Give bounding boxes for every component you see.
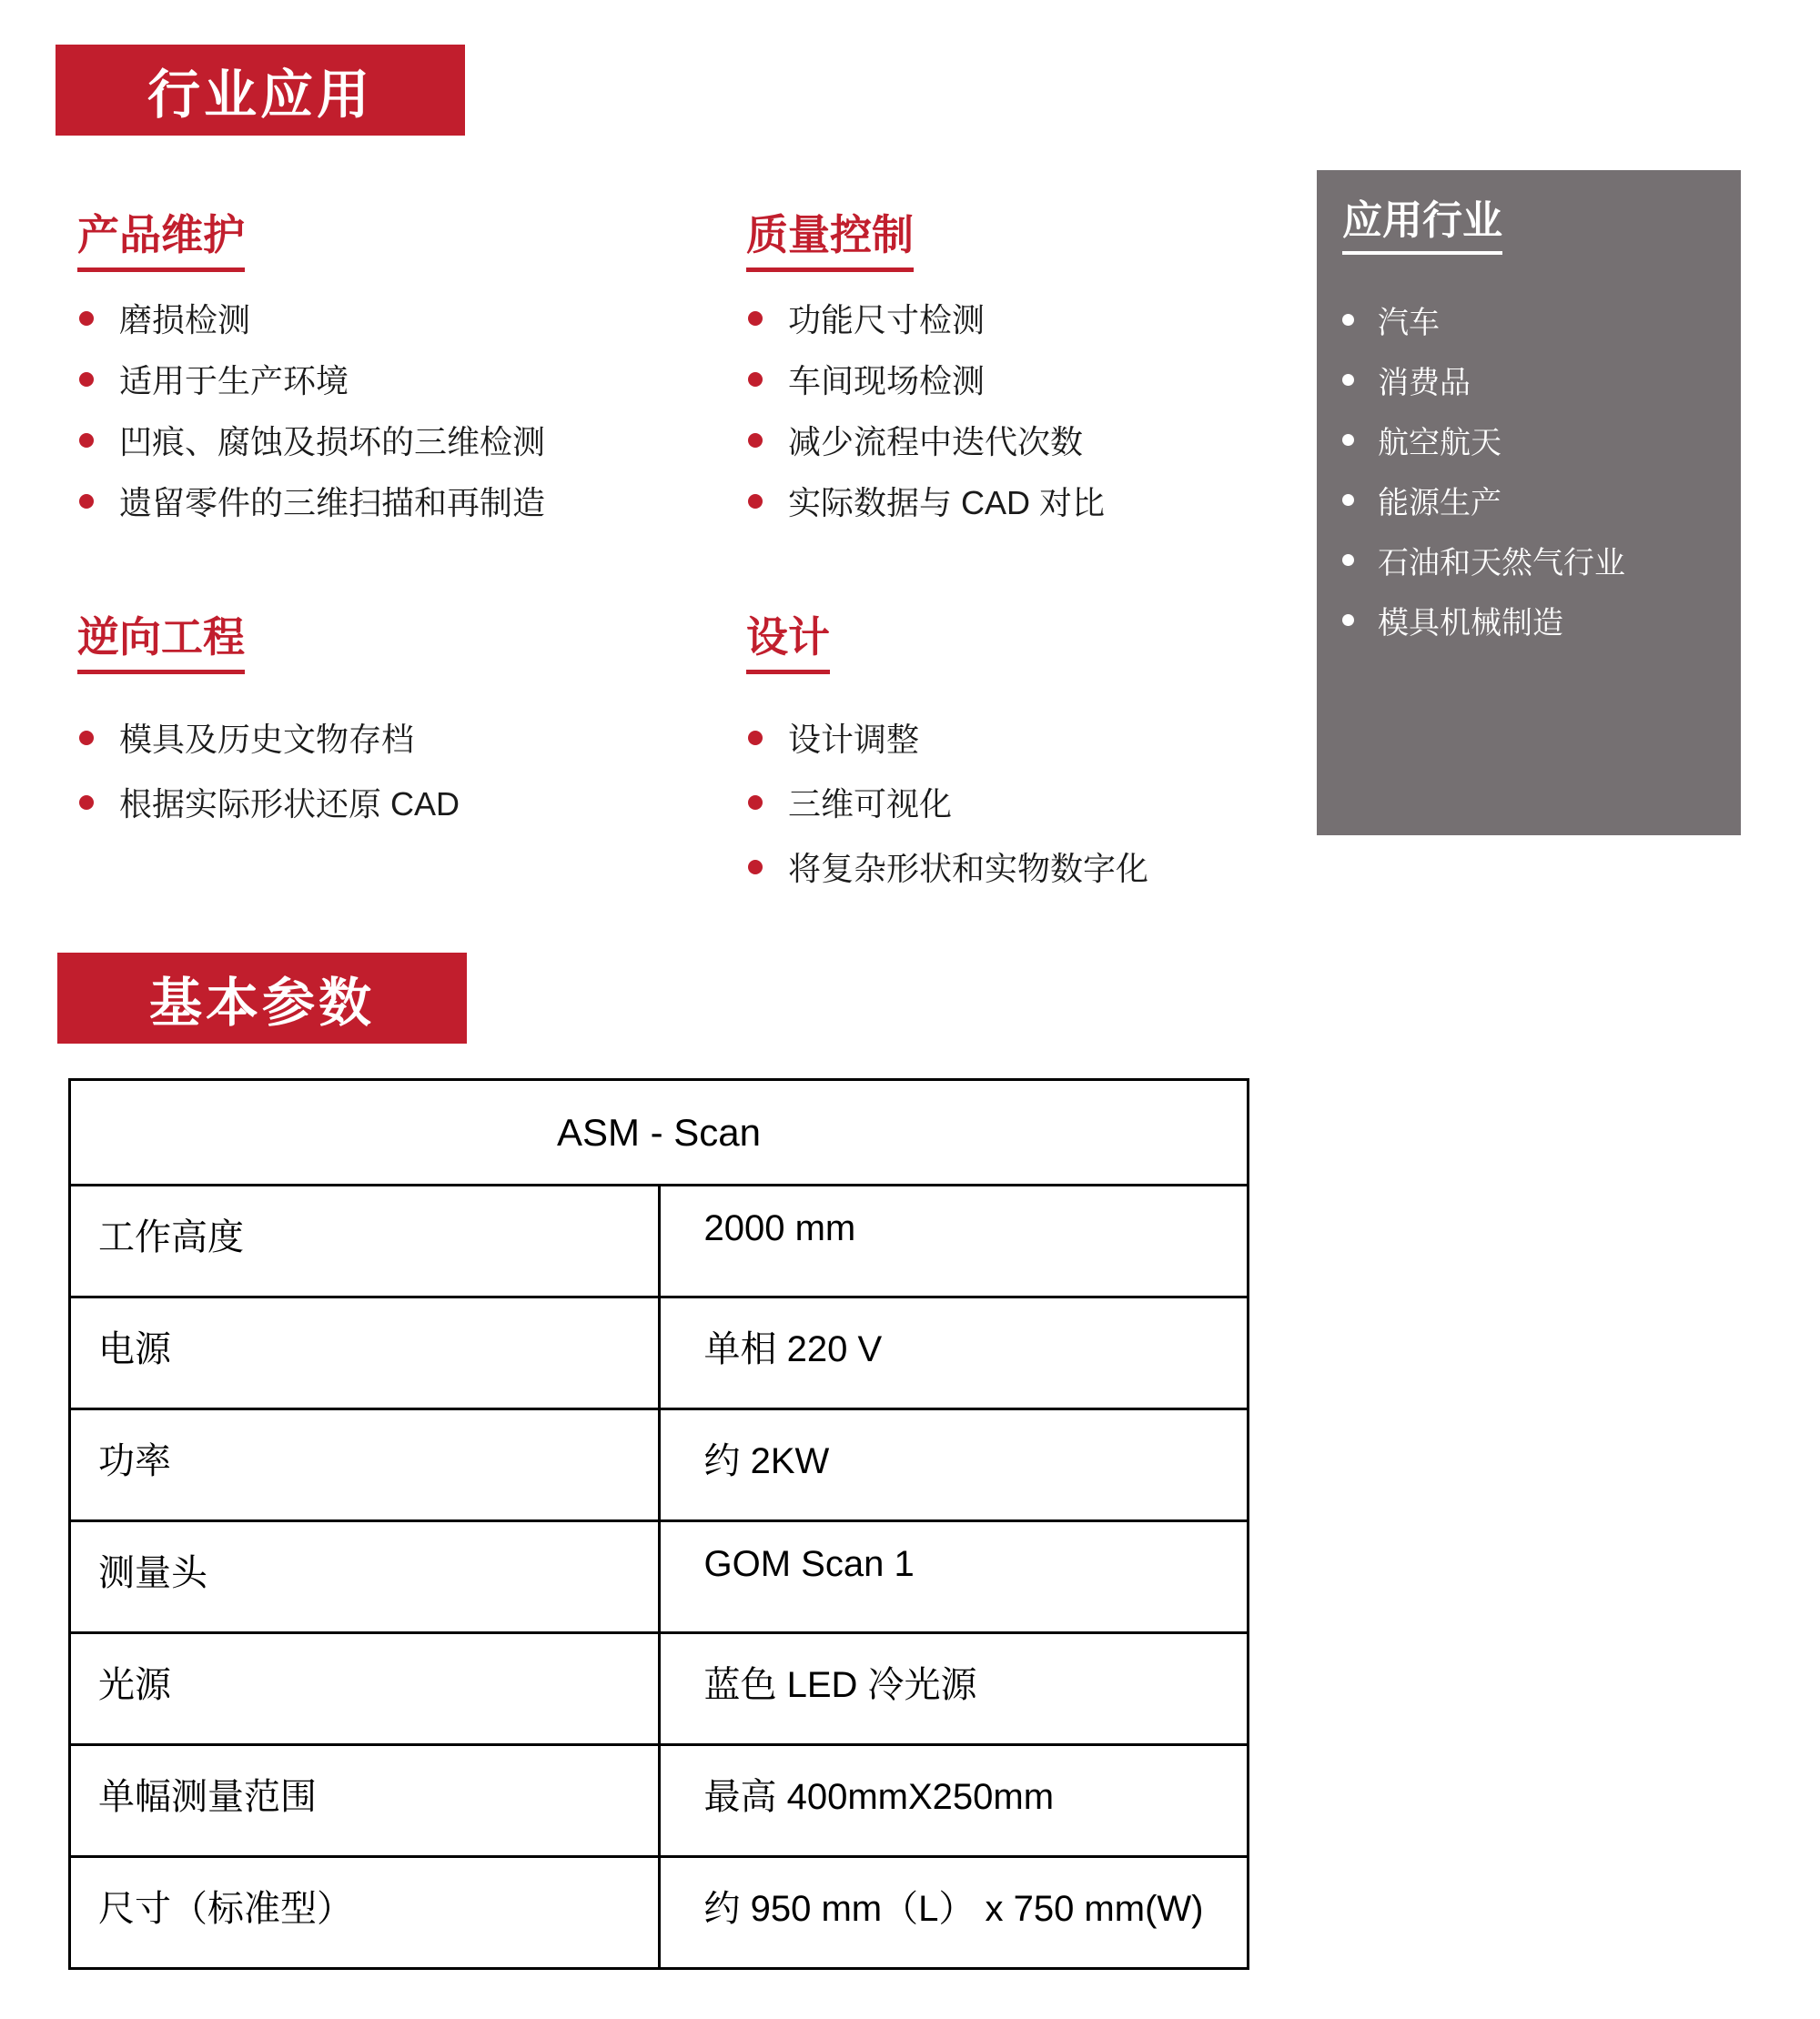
table-header: ASM - Scan <box>70 1080 1249 1186</box>
bullet-icon <box>1342 494 1354 506</box>
spec-value: 2000 mm <box>659 1186 1249 1297</box>
spec-table: ASM - Scan 工作高度 2000 mm 电源 单相 220 V 功率 约… <box>68 1078 1249 1970</box>
bullet-icon <box>748 731 763 745</box>
bullet-icon <box>748 372 763 387</box>
table-header-row: ASM - Scan <box>70 1080 1249 1186</box>
spec-value: 蓝色 LED 冷光源 <box>659 1633 1249 1745</box>
list-item: 模具机械制造 <box>1342 590 1625 650</box>
bullet-icon <box>79 494 94 509</box>
table-row: 电源 单相 220 V <box>70 1297 1249 1409</box>
bullet-icon <box>1342 614 1354 626</box>
list-item: 三维可视化 <box>748 770 1148 834</box>
list-item: 模具及历史文物存档 <box>79 705 460 770</box>
bullet-icon <box>79 372 94 387</box>
list-item: 根据实际形状还原 CAD <box>79 770 460 834</box>
spec-label: 工作高度 <box>70 1186 660 1297</box>
list-item: 航空航天 <box>1342 409 1625 469</box>
table-row: 功率 约 2KW <box>70 1409 1249 1521</box>
table-row: 工作高度 2000 mm <box>70 1186 1249 1297</box>
heading-design: 设计 <box>746 614 830 674</box>
heading-industries: 应用行业 <box>1342 199 1502 255</box>
list-item: 石油和天然气行业 <box>1342 530 1625 590</box>
spec-value: 约 950 mm（L） x 750 mm(W) <box>659 1857 1249 1969</box>
list-item: 功能尺寸检测 <box>748 288 1105 348</box>
list-item: 磨损检测 <box>79 288 545 348</box>
table-row: 尺寸（标准型） 约 950 mm（L） x 750 mm(W) <box>70 1857 1249 1969</box>
bullet-icon <box>748 795 763 810</box>
table-row: 光源 蓝色 LED 冷光源 <box>70 1633 1249 1745</box>
list-reverse-engineering: 模具及历史文物存档 根据实际形状还原 CAD <box>79 705 460 834</box>
spec-label: 电源 <box>70 1297 660 1409</box>
spec-value: 单相 220 V <box>659 1297 1249 1409</box>
list-item: 设计调整 <box>748 705 1148 770</box>
bullet-icon <box>748 494 763 509</box>
bullet-icon <box>748 860 763 874</box>
list-product-maintenance: 磨损检测 适用于生产环境 凹痕、腐蚀及损坏的三维检测 遗留零件的三维扫描和再制造 <box>79 288 545 531</box>
page: 行业应用 产品维护 磨损检测 适用于生产环境 凹痕、腐蚀及损坏的三维检测 遗留零… <box>0 0 1820 2019</box>
bullet-icon <box>79 433 94 448</box>
banner-params-label: 基本参数 <box>149 960 375 1036</box>
list-industries: 汽车 消费品 航空航天 能源生产 石油和天然气行业 模具机械制造 <box>1342 289 1625 650</box>
heading-reverse-engineering: 逆向工程 <box>77 614 245 674</box>
list-item: 消费品 <box>1342 349 1625 409</box>
spec-label: 测量头 <box>70 1521 660 1633</box>
bullet-icon <box>748 433 763 448</box>
list-item: 将复杂形状和实物数字化 <box>748 834 1148 899</box>
spec-value: 约 2KW <box>659 1409 1249 1521</box>
list-design: 设计调整 三维可视化 将复杂形状和实物数字化 <box>748 705 1148 899</box>
banner-basic-parameters: 基本参数 <box>57 953 467 1044</box>
list-quality-control: 功能尺寸检测 车间现场检测 减少流程中迭代次数 实际数据与 CAD 对比 <box>748 288 1105 531</box>
bullet-icon <box>79 311 94 326</box>
bullet-icon <box>1342 434 1354 446</box>
list-item: 车间现场检测 <box>748 348 1105 409</box>
banner-industry-applications: 行业应用 <box>56 45 465 136</box>
list-item: 实际数据与 CAD 对比 <box>748 470 1105 531</box>
list-item: 凹痕、腐蚀及损坏的三维检测 <box>79 409 545 470</box>
heading-quality-control: 质量控制 <box>746 212 914 272</box>
bullet-icon <box>79 731 94 745</box>
list-item: 减少流程中迭代次数 <box>748 409 1105 470</box>
list-item: 适用于生产环境 <box>79 348 545 409</box>
bullet-icon <box>748 311 763 326</box>
spec-label: 单幅测量范围 <box>70 1745 660 1857</box>
bullet-icon <box>1342 314 1354 326</box>
spec-value: GOM Scan 1 <box>659 1521 1249 1633</box>
list-item: 汽车 <box>1342 289 1625 349</box>
bullet-icon <box>1342 554 1354 566</box>
table-row: 测量头 GOM Scan 1 <box>70 1521 1249 1633</box>
banner-industry-label: 行业应用 <box>147 52 373 128</box>
bullet-icon <box>79 795 94 810</box>
spec-label: 尺寸（标准型） <box>70 1857 660 1969</box>
heading-product-maintenance: 产品维护 <box>77 212 245 272</box>
spec-value: 最高 400mmX250mm <box>659 1745 1249 1857</box>
list-item: 遗留零件的三维扫描和再制造 <box>79 470 545 531</box>
list-item: 能源生产 <box>1342 469 1625 530</box>
bullet-icon <box>1342 374 1354 386</box>
spec-label: 功率 <box>70 1409 660 1521</box>
spec-label: 光源 <box>70 1633 660 1745</box>
table-row: 单幅测量范围 最高 400mmX250mm <box>70 1745 1249 1857</box>
panel-industries: 应用行业 汽车 消费品 航空航天 能源生产 石油和天然气行业 模具机械制造 <box>1317 170 1741 835</box>
